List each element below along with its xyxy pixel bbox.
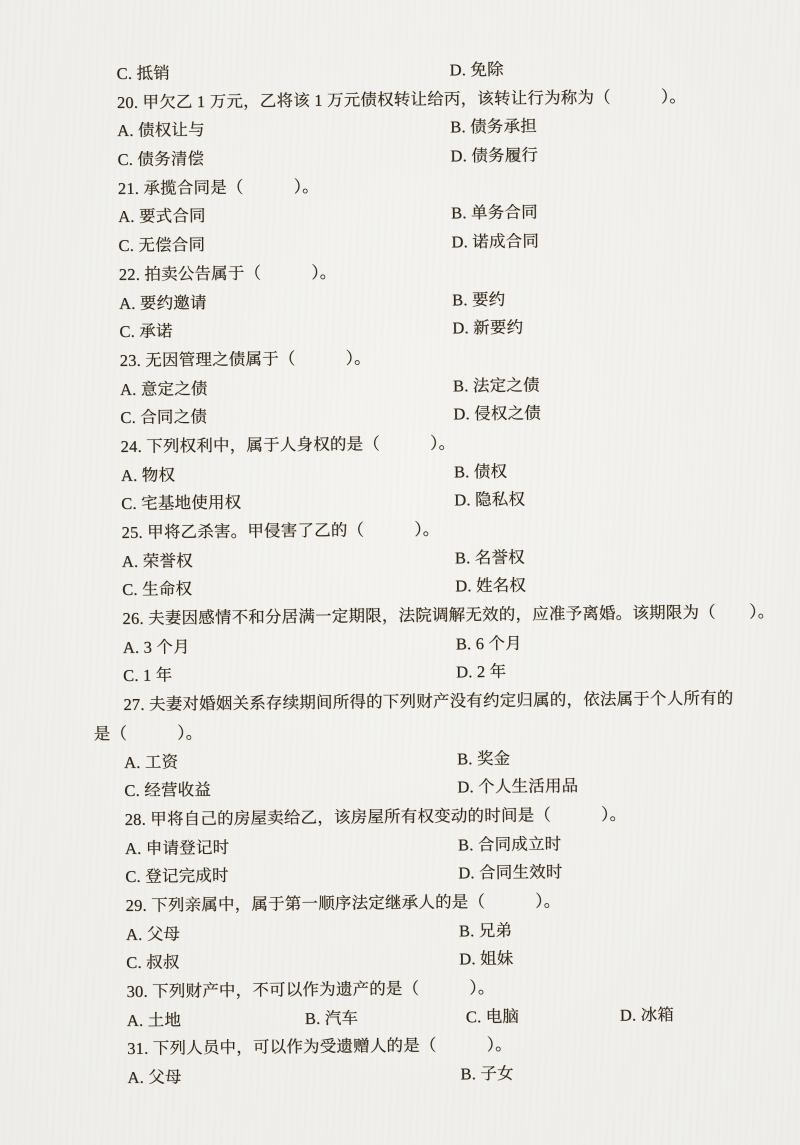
option-item: B. 子女 bbox=[460, 1060, 514, 1089]
question-text: 24. 下列权利中，属于人身权的是（ ）。 bbox=[120, 429, 455, 461]
option-item: C. 1 年 bbox=[123, 662, 173, 691]
option-item: D. 隐私权 bbox=[454, 486, 525, 515]
option-item: D. 新要约 bbox=[452, 314, 523, 343]
question-text: 30. 下列财产中，不可以作为遗产的是（ ）。 bbox=[126, 974, 494, 1007]
question-text: 23. 无因管理之债属于（ ）。 bbox=[120, 344, 371, 375]
option-item: C. 电脑 bbox=[466, 1002, 520, 1031]
option-item: C. 债务清偿 bbox=[117, 145, 204, 175]
option-item: A. 意定之债 bbox=[120, 375, 208, 405]
option-item: C. 宅基地使用权 bbox=[121, 489, 241, 519]
option-item: B. 兄弟 bbox=[459, 916, 513, 945]
option-item: B. 要约 bbox=[452, 285, 506, 314]
option-item: C. 叔叔 bbox=[126, 949, 180, 978]
option-item: C. 生命权 bbox=[122, 576, 192, 605]
option-item: D. 个人生活用品 bbox=[457, 772, 578, 802]
option-item: C. 无偿合同 bbox=[118, 231, 205, 261]
option-item: A. 债权让与 bbox=[117, 116, 205, 146]
option-item: D. 侵权之债 bbox=[453, 400, 541, 430]
option-item: A. 要约邀请 bbox=[119, 289, 207, 319]
question-text: 31. 下列人员中，可以作为受遗赠人的是（ ）。 bbox=[127, 1031, 512, 1064]
option-item: D. 债务履行 bbox=[450, 142, 538, 172]
option-item: D. 2 年 bbox=[456, 658, 507, 687]
option-item: B. 名誉权 bbox=[455, 543, 525, 572]
option-item: B. 合同成立时 bbox=[458, 830, 562, 860]
option-item: A. 父母 bbox=[127, 1063, 181, 1092]
option-item: B. 6 个月 bbox=[456, 629, 522, 658]
option-item: D. 免除 bbox=[449, 56, 503, 85]
option-item: B. 债务承担 bbox=[450, 113, 537, 143]
option-item: C. 登记完成时 bbox=[125, 862, 229, 892]
option-item: A. 申请登记时 bbox=[125, 833, 230, 863]
option-item: B. 法定之债 bbox=[453, 371, 540, 401]
option-item: D. 姓名权 bbox=[455, 572, 526, 601]
option-item: D. 诺成合同 bbox=[451, 228, 539, 258]
option-item: D. 冰箱 bbox=[620, 1001, 674, 1030]
option-item: A. 土地 bbox=[127, 1006, 181, 1035]
option-item: B. 债权 bbox=[454, 457, 508, 486]
option-item: C. 承诺 bbox=[119, 318, 173, 347]
option-row: A. 父母B. 子女 bbox=[127, 1057, 800, 1093]
option-item: A. 要式合同 bbox=[118, 203, 206, 233]
option-item: C. 合同之债 bbox=[120, 403, 207, 433]
option-item: B. 奖金 bbox=[457, 744, 511, 773]
option-item: C. 抵销 bbox=[116, 59, 170, 88]
option-item: D. 合同生效时 bbox=[458, 859, 563, 889]
option-item: B. 汽车 bbox=[305, 1004, 359, 1033]
option-item: B. 单务合同 bbox=[451, 199, 538, 229]
option-item: A. 父母 bbox=[126, 920, 180, 949]
option-item: A. 工资 bbox=[124, 748, 178, 777]
question-text: 22. 拍卖公告属于（ ）。 bbox=[119, 258, 337, 289]
question-text: 21. 承揽合同是（ ）。 bbox=[118, 173, 319, 204]
option-item: A. 物权 bbox=[121, 461, 175, 490]
question-text: 25. 甲将乙杀害。甲侵害了乙的（ ）。 bbox=[121, 516, 439, 548]
option-item: D. 姐妹 bbox=[459, 945, 513, 974]
question-continuation-text: 是（ ）。 bbox=[94, 719, 203, 749]
option-item: A. 荣誉权 bbox=[122, 547, 193, 576]
option-item: A. 3 个月 bbox=[123, 633, 190, 662]
exam-sheet: C. 抵销D. 免除20. 甲欠乙 1 万元，乙将该 1 万元债权转让给丙，该转… bbox=[0, 0, 800, 1145]
option-item: C. 经营收益 bbox=[124, 776, 211, 806]
